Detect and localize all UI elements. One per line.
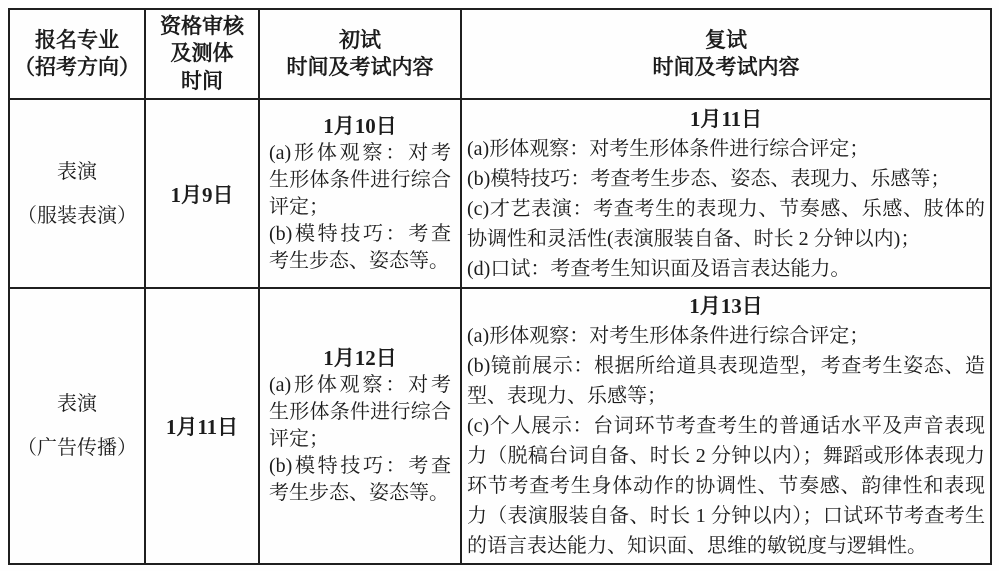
major-name: 表演 (11, 158, 143, 186)
second-exam-item-a: (a)形体观察：对考生形体条件进行综合评定； (467, 134, 985, 164)
cell-major-1: 表演 （服装表演） (9, 99, 145, 288)
second-exam-date: 1月11日 (467, 104, 985, 134)
second-exam-item-d: (d)口试：考查考生知识面及语言表达能力。 (467, 254, 985, 284)
cell-second-exam-1: 1月11日 (a)形体观察：对考生形体条件进行综合评定； (b)模特技巧：考查考… (461, 99, 991, 288)
cell-major-2: 表演 （广告传播） (9, 288, 145, 564)
header-first-exam: 初试 时间及考试内容 (259, 9, 461, 99)
second-exam-item-c: (c)个人展示：台词环节考查考生的普通话水平及声音表现力（脱稿台词自备、时长 2… (467, 411, 985, 561)
page: 报名专业 （招考方向） 资格审核 及测体 时间 初试 时间及考试内容 复试 时间… (0, 0, 999, 571)
second-exam-item-a: (a)形体观察：对考生形体条件进行综合评定； (467, 321, 985, 351)
first-exam-item-a: (a)形体观察：对考生形体条件进行综合评定； (269, 140, 451, 221)
cell-first-exam-1: 1月10日 (a)形体观察：对考生形体条件进行综合评定； (b)模特技巧：考查考… (259, 99, 461, 288)
cell-first-exam-2: 1月12日 (a)形体观察：对考生形体条件进行综合评定； (b)模特技巧：考查考… (259, 288, 461, 564)
major-direction: （广告传播） (11, 434, 143, 462)
first-exam-date: 1月10日 (269, 113, 451, 140)
review-date: 1月9日 (171, 183, 234, 207)
first-exam-date: 1月12日 (269, 345, 451, 372)
major-name: 表演 (11, 390, 143, 418)
table-row-fashion-performance: 表演 （服装表演） 1月9日 1月10日 (a)形体观察：对考生形体条件进行综合… (9, 99, 991, 288)
header-second-exam: 复试 时间及考试内容 (461, 9, 991, 99)
table-row-ad-communication: 表演 （广告传播） 1月11日 1月12日 (a)形体观察：对考生形体条件进行综… (9, 288, 991, 564)
review-date: 1月11日 (166, 415, 238, 439)
second-exam-date: 1月13日 (467, 291, 985, 321)
cell-review-date-1: 1月9日 (145, 99, 259, 288)
cell-review-date-2: 1月11日 (145, 288, 259, 564)
first-exam-item-b: (b)模特技巧：考查考生步态、姿态等。 (269, 453, 451, 507)
exam-schedule-table: 报名专业 （招考方向） 资格审核 及测体 时间 初试 时间及考试内容 复试 时间… (8, 8, 992, 565)
first-exam-item-b: (b)模特技巧：考查考生步态、姿态等。 (269, 221, 451, 275)
header-row: 报名专业 （招考方向） 资格审核 及测体 时间 初试 时间及考试内容 复试 时间… (9, 9, 991, 99)
first-exam-item-a: (a)形体观察：对考生形体条件进行综合评定； (269, 372, 451, 453)
header-major: 报名专业 （招考方向） (9, 9, 145, 99)
cell-second-exam-2: 1月13日 (a)形体观察：对考生形体条件进行综合评定； (b)镜前展示：根据所… (461, 288, 991, 564)
header-review-time: 资格审核 及测体 时间 (145, 9, 259, 99)
second-exam-item-c: (c)才艺表演：考查考生的表现力、节奏感、乐感、肢体的协调性和灵活性(表演服装自… (467, 194, 985, 254)
second-exam-item-b: (b)镜前展示：根据所给道具表现造型，考查考生姿态、造型、表现力、乐感等； (467, 351, 985, 411)
major-direction: （服装表演） (11, 202, 143, 230)
second-exam-item-b: (b)模特技巧：考查考生步态、姿态、表现力、乐感等； (467, 164, 985, 194)
